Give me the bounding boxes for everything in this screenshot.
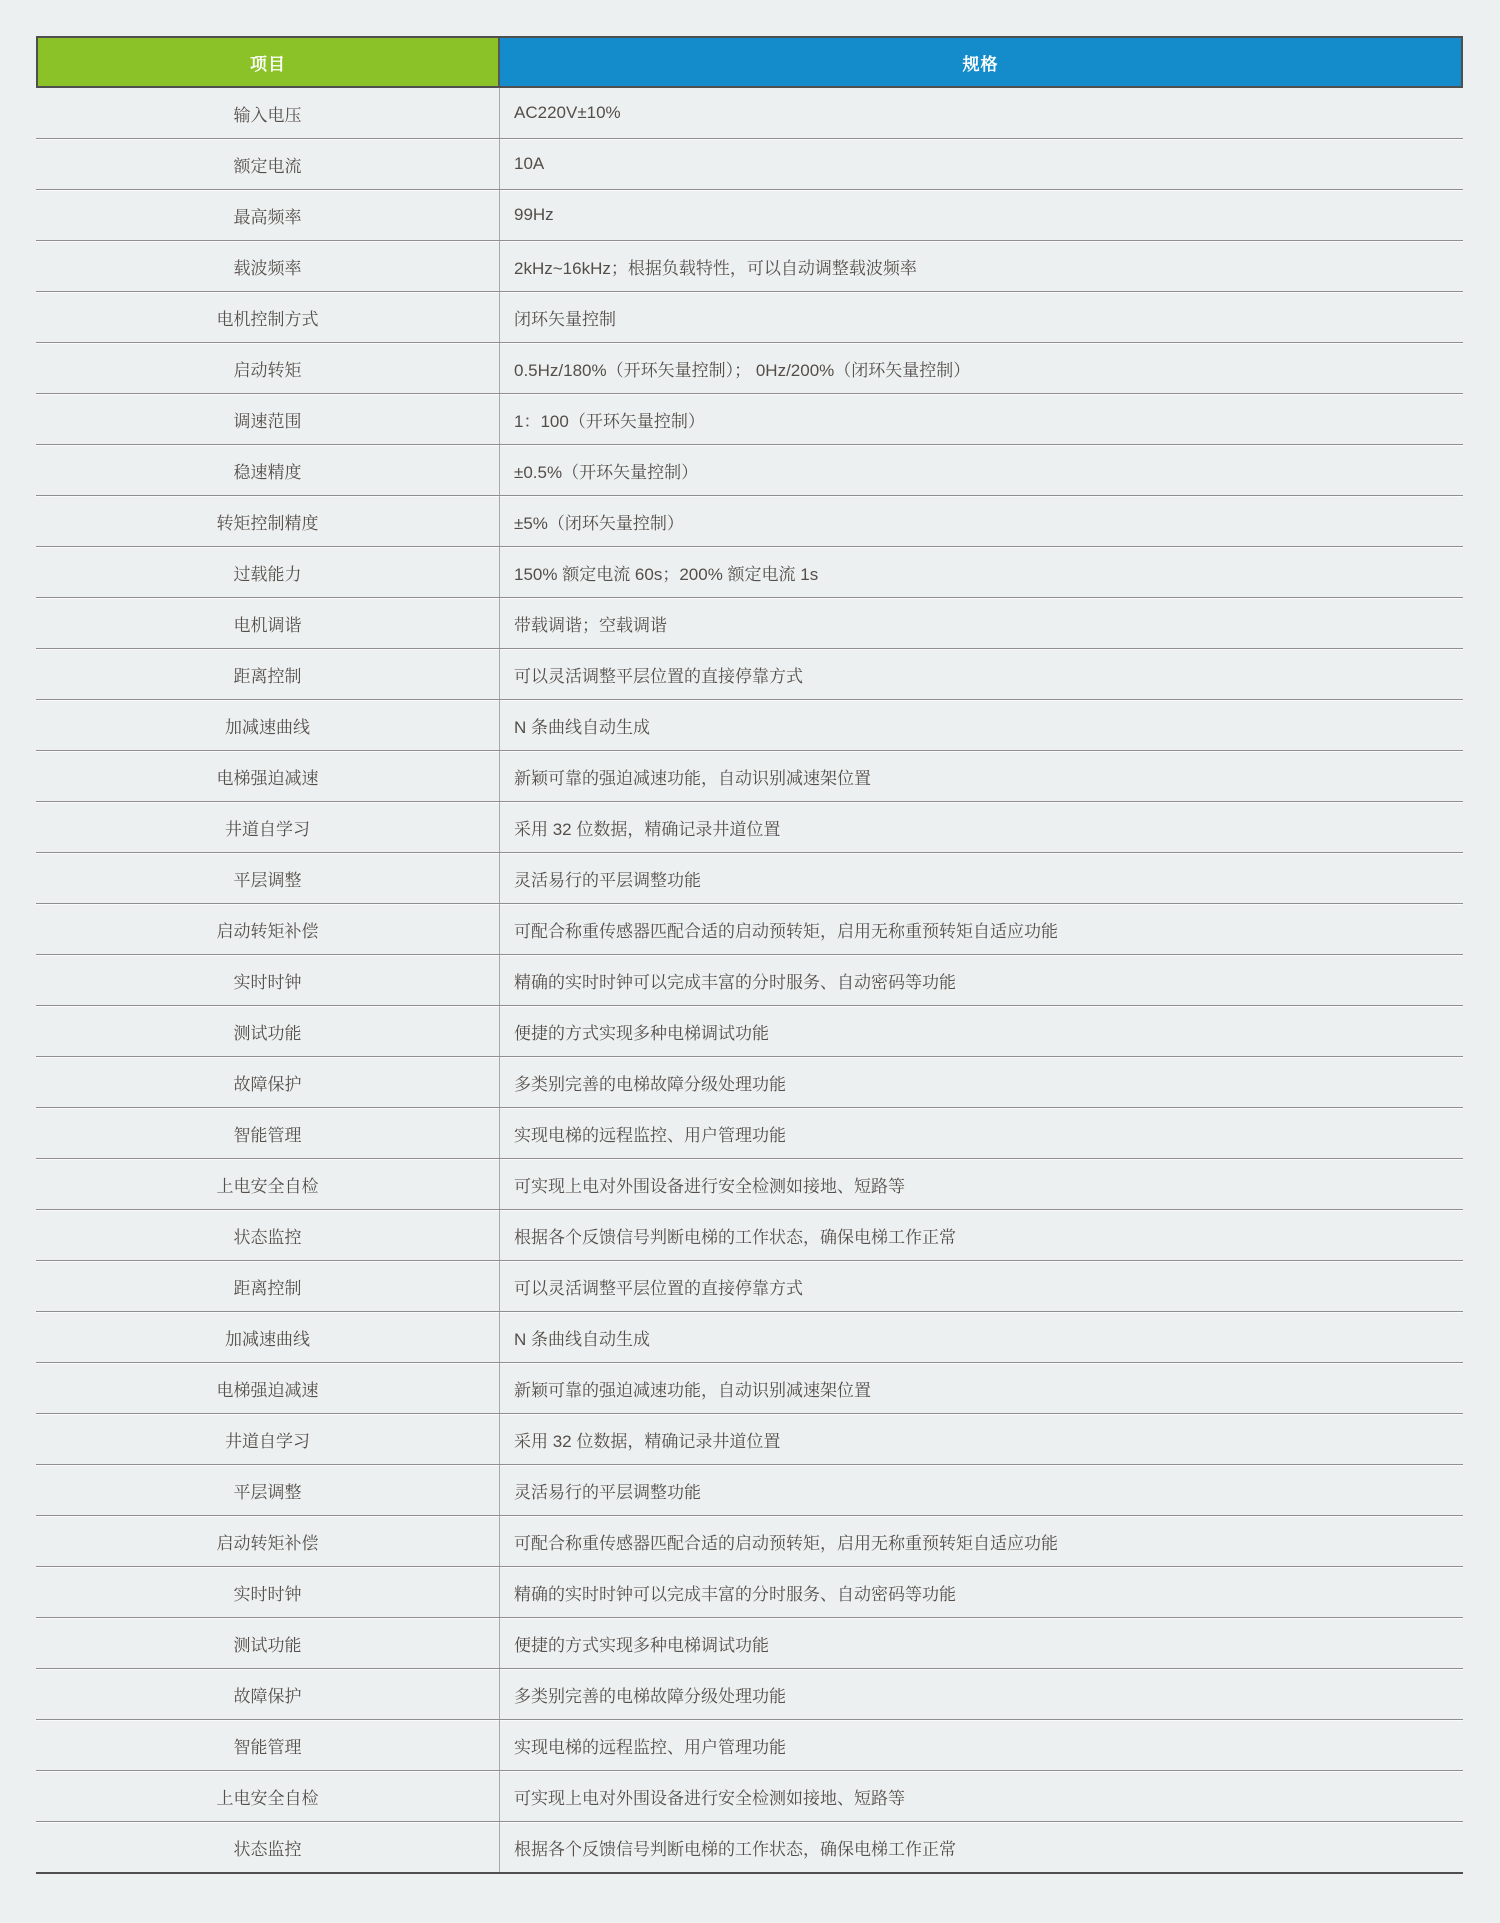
item-cell: 额定电流 (36, 139, 500, 189)
specification-table: 项目 规格 输入电压 AC220V±10% 额定电流 10A 最高频率 99Hz… (36, 36, 1463, 1874)
table-row: 电机调谐 带载调谐；空载调谐 (36, 598, 1463, 649)
spec-cell: 1：100（开环矢量控制） (500, 394, 1463, 444)
item-cell: 井道自学习 (36, 1414, 500, 1464)
table-row: 载波频率 2kHz~16kHz；根据负载特性，可以自动调整载波频率 (36, 241, 1463, 292)
table-row: 电梯强迫减速 新颖可靠的强迫减速功能，自动识别减速架位置 (36, 1363, 1463, 1414)
item-cell: 智能管理 (36, 1108, 500, 1158)
spec-cell: 灵活易行的平层调整功能 (500, 853, 1463, 903)
table-row: 稳速精度 ±0.5%（开环矢量控制） (36, 445, 1463, 496)
spec-cell: ±5%（闭环矢量控制） (500, 496, 1463, 546)
table-row: 实时时钟 精确的实时时钟可以完成丰富的分时服务、自动密码等功能 (36, 955, 1463, 1006)
item-cell: 井道自学习 (36, 802, 500, 852)
table-row: 井道自学习 采用 32 位数据，精确记录井道位置 (36, 802, 1463, 853)
spec-cell: 闭环矢量控制 (500, 292, 1463, 342)
table-row: 故障保护 多类别完善的电梯故障分级处理功能 (36, 1057, 1463, 1108)
item-cell: 加减速曲线 (36, 700, 500, 750)
item-cell: 启动转矩补偿 (36, 1516, 500, 1566)
table-row: 转矩控制精度 ±5%（闭环矢量控制） (36, 496, 1463, 547)
table-row: 最高频率 99Hz (36, 190, 1463, 241)
spec-cell: 精确的实时时钟可以完成丰富的分时服务、自动密码等功能 (500, 1567, 1463, 1617)
spec-cell: N 条曲线自动生成 (500, 700, 1463, 750)
item-cell: 转矩控制精度 (36, 496, 500, 546)
spec-cell: 灵活易行的平层调整功能 (500, 1465, 1463, 1515)
item-cell: 上电安全自检 (36, 1159, 500, 1209)
spec-cell: 可实现上电对外围设备进行安全检测如接地、短路等 (500, 1159, 1463, 1209)
spec-cell: 可以灵活调整平层位置的直接停靠方式 (500, 649, 1463, 699)
item-cell: 最高频率 (36, 190, 500, 240)
table-row: 状态监控 根据各个反馈信号判断电梯的工作状态，确保电梯工作正常 (36, 1210, 1463, 1261)
table-row: 故障保护 多类别完善的电梯故障分级处理功能 (36, 1669, 1463, 1720)
table-row: 调速范围 1：100（开环矢量控制） (36, 394, 1463, 445)
spec-cell: ±0.5%（开环矢量控制） (500, 445, 1463, 495)
table-row: 上电安全自检 可实现上电对外围设备进行安全检测如接地、短路等 (36, 1159, 1463, 1210)
table-row: 上电安全自检 可实现上电对外围设备进行安全检测如接地、短路等 (36, 1771, 1463, 1822)
spec-cell: 便捷的方式实现多种电梯调试功能 (500, 1618, 1463, 1668)
item-cell: 距离控制 (36, 1261, 500, 1311)
item-cell: 实时时钟 (36, 1567, 500, 1617)
item-cell: 启动转矩补偿 (36, 904, 500, 954)
item-cell: 平层调整 (36, 853, 500, 903)
item-cell: 状态监控 (36, 1822, 500, 1872)
item-cell: 距离控制 (36, 649, 500, 699)
table-row: 测试功能 便捷的方式实现多种电梯调试功能 (36, 1618, 1463, 1669)
spec-cell: 实现电梯的远程监控、用户管理功能 (500, 1720, 1463, 1770)
table-row: 过载能力 150% 额定电流 60s；200% 额定电流 1s (36, 547, 1463, 598)
spec-cell: 采用 32 位数据，精确记录井道位置 (500, 802, 1463, 852)
spec-cell: 精确的实时时钟可以完成丰富的分时服务、自动密码等功能 (500, 955, 1463, 1005)
spec-cell: 可配合称重传感器匹配合适的启动预转矩，启用无称重预转矩自适应功能 (500, 904, 1463, 954)
spec-cell: 10A (500, 139, 1463, 189)
table-row: 智能管理 实现电梯的远程监控、用户管理功能 (36, 1108, 1463, 1159)
spec-cell: N 条曲线自动生成 (500, 1312, 1463, 1362)
spec-cell: 实现电梯的远程监控、用户管理功能 (500, 1108, 1463, 1158)
table-row: 额定电流 10A (36, 139, 1463, 190)
item-cell: 故障保护 (36, 1669, 500, 1719)
spec-cell: 多类别完善的电梯故障分级处理功能 (500, 1669, 1463, 1719)
table-body: 输入电压 AC220V±10% 额定电流 10A 最高频率 99Hz 载波频率 … (36, 88, 1463, 1874)
item-cell: 电梯强迫减速 (36, 751, 500, 801)
item-cell: 测试功能 (36, 1618, 500, 1668)
item-cell: 平层调整 (36, 1465, 500, 1515)
spec-cell: 根据各个反馈信号判断电梯的工作状态，确保电梯工作正常 (500, 1822, 1463, 1872)
spec-cell: 根据各个反馈信号判断电梯的工作状态，确保电梯工作正常 (500, 1210, 1463, 1260)
table-row: 智能管理 实现电梯的远程监控、用户管理功能 (36, 1720, 1463, 1771)
spec-cell: 99Hz (500, 190, 1463, 240)
item-cell: 状态监控 (36, 1210, 500, 1260)
item-cell: 调速范围 (36, 394, 500, 444)
spec-cell: 带载调谐；空载调谐 (500, 598, 1463, 648)
spec-cell: 新颖可靠的强迫减速功能，自动识别减速架位置 (500, 751, 1463, 801)
table-row: 平层调整 灵活易行的平层调整功能 (36, 1465, 1463, 1516)
header-cell-spec: 规格 (500, 38, 1463, 86)
table-row: 测试功能 便捷的方式实现多种电梯调试功能 (36, 1006, 1463, 1057)
table-row: 电机控制方式 闭环矢量控制 (36, 292, 1463, 343)
item-cell: 稳速精度 (36, 445, 500, 495)
item-cell: 上电安全自检 (36, 1771, 500, 1821)
item-cell: 故障保护 (36, 1057, 500, 1107)
spec-cell: 可以灵活调整平层位置的直接停靠方式 (500, 1261, 1463, 1311)
table-row: 距离控制 可以灵活调整平层位置的直接停靠方式 (36, 1261, 1463, 1312)
item-cell: 载波频率 (36, 241, 500, 291)
spec-cell: 0.5Hz/180%（开环矢量控制）； 0Hz/200%（闭环矢量控制） (500, 343, 1463, 393)
spec-cell: 150% 额定电流 60s；200% 额定电流 1s (500, 547, 1463, 597)
table-row: 平层调整 灵活易行的平层调整功能 (36, 853, 1463, 904)
item-cell: 电梯强迫减速 (36, 1363, 500, 1413)
item-cell: 启动转矩 (36, 343, 500, 393)
table-row: 启动转矩 0.5Hz/180%（开环矢量控制）； 0Hz/200%（闭环矢量控制… (36, 343, 1463, 394)
table-header-row: 项目 规格 (36, 36, 1463, 88)
spec-cell: 新颖可靠的强迫减速功能，自动识别减速架位置 (500, 1363, 1463, 1413)
table-row: 井道自学习 采用 32 位数据，精确记录井道位置 (36, 1414, 1463, 1465)
spec-cell: 多类别完善的电梯故障分级处理功能 (500, 1057, 1463, 1107)
spec-cell: 可实现上电对外围设备进行安全检测如接地、短路等 (500, 1771, 1463, 1821)
item-cell: 输入电压 (36, 88, 500, 138)
table-row: 启动转矩补偿 可配合称重传感器匹配合适的启动预转矩，启用无称重预转矩自适应功能 (36, 1516, 1463, 1567)
table-row: 输入电压 AC220V±10% (36, 88, 1463, 139)
item-cell: 电机调谐 (36, 598, 500, 648)
item-cell: 实时时钟 (36, 955, 500, 1005)
item-cell: 过载能力 (36, 547, 500, 597)
spec-cell: 可配合称重传感器匹配合适的启动预转矩，启用无称重预转矩自适应功能 (500, 1516, 1463, 1566)
table-row: 距离控制 可以灵活调整平层位置的直接停靠方式 (36, 649, 1463, 700)
table-row: 加减速曲线 N 条曲线自动生成 (36, 1312, 1463, 1363)
spec-cell: 2kHz~16kHz；根据负载特性，可以自动调整载波频率 (500, 241, 1463, 291)
table-row: 状态监控 根据各个反馈信号判断电梯的工作状态，确保电梯工作正常 (36, 1822, 1463, 1874)
item-cell: 智能管理 (36, 1720, 500, 1770)
table-row: 实时时钟 精确的实时时钟可以完成丰富的分时服务、自动密码等功能 (36, 1567, 1463, 1618)
item-cell: 电机控制方式 (36, 292, 500, 342)
table-row: 启动转矩补偿 可配合称重传感器匹配合适的启动预转矩，启用无称重预转矩自适应功能 (36, 904, 1463, 955)
spec-cell: 便捷的方式实现多种电梯调试功能 (500, 1006, 1463, 1056)
item-cell: 测试功能 (36, 1006, 500, 1056)
table-row: 加减速曲线 N 条曲线自动生成 (36, 700, 1463, 751)
table-row: 电梯强迫减速 新颖可靠的强迫减速功能，自动识别减速架位置 (36, 751, 1463, 802)
spec-cell: AC220V±10% (500, 88, 1463, 138)
header-cell-item: 项目 (36, 38, 500, 86)
item-cell: 加减速曲线 (36, 1312, 500, 1362)
spec-cell: 采用 32 位数据，精确记录井道位置 (500, 1414, 1463, 1464)
